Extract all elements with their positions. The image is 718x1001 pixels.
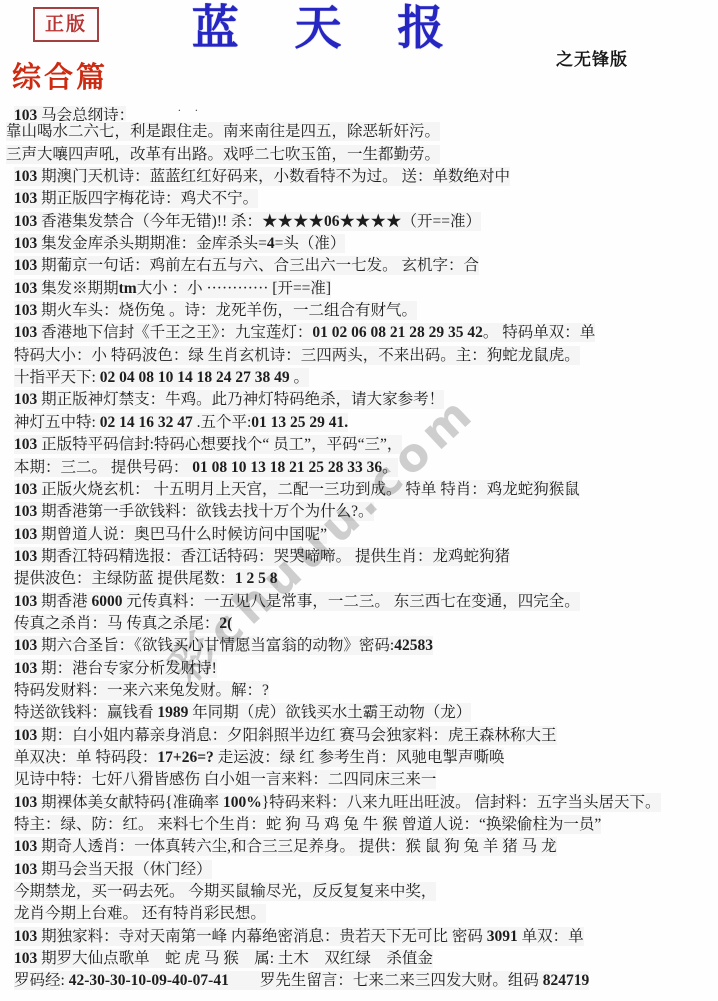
text-run: 今期禁龙，买一码去死。 今期买鼠输尽光，反反复复来中奖， xyxy=(14,882,436,901)
text-line: 特码大小：小 特码波色：绿 生肖玄机诗：三四两头，不来出码。主：狗蛇龙鼠虎。 xyxy=(14,345,718,367)
text-run: 2( xyxy=(219,614,232,633)
text-run: 42583 xyxy=(394,636,433,655)
text-line: 103 马会总纲诗： · · xyxy=(14,99,718,121)
text-run: 期马会当天报（休门经） xyxy=(41,860,212,879)
text-line: 103 期火车头：烧伤兔 。诗：龙死羊伤，一二组合有财气。 xyxy=(14,300,718,322)
text-run: 期正版神灯禁支：牛鸡。此乃神灯特码绝杀，请大家参考！ xyxy=(41,390,444,409)
text-run: 罗先生留言：七来二来三四发大财。组码 xyxy=(229,971,543,990)
text-run: 三声大嚷四声吼，改革有出路。戏呼二七吹玉笛，一生都勤劳。 xyxy=(6,145,440,164)
text-run: 单双决：单 特码段： xyxy=(14,748,157,767)
text-run: · · xyxy=(126,102,203,118)
text-run: 特主：绿、防：红。 来料七个生肖：蛇 狗 马 鸡 兔 牛 猴 曾道人说：“换梁偷… xyxy=(14,815,601,834)
text-run: 103 xyxy=(14,793,41,812)
text-run: 103 xyxy=(14,502,41,521)
text-line: 103 期奇人透肖：一体真转六尘,和合三三足养身。 提供：猴 鼠 狗 兔 羊 猪… xyxy=(14,836,718,858)
text-run: 02 14 16 32 47 xyxy=(100,413,193,432)
text-run: 。 xyxy=(382,458,398,477)
text-run: .五个平: xyxy=(193,413,252,432)
text-line: 神灯五中特: 02 14 16 32 47 .五个平:01 13 25 29 4… xyxy=(14,412,718,434)
newspaper-page: 正版 蓝 天 报 之无锋版 综合篇 彩chuuu.com 103 马会总纲诗： … xyxy=(0,0,718,1001)
text-line: 103 期罗大仙点歌单 蛇 虎 马 猴 属: 土木 双红绿 杀值金 xyxy=(14,948,718,970)
text-line: 龙肖今期上台难。 还有特肖彩民想。 xyxy=(14,903,718,925)
text-run: 103 xyxy=(14,106,41,121)
text-run: 提供波色：主绿防蓝 提供尾数： xyxy=(14,569,235,588)
text-run: 期香港 xyxy=(41,592,91,611)
text-run: 103 xyxy=(14,927,41,946)
text-line: 103 集发※期期tm大小 ：小 ············ [开==准] xyxy=(14,278,718,300)
text-run: 42-30-30-10-09-40-07-41 xyxy=(69,971,229,990)
text-run: 单双：单 xyxy=(522,927,584,946)
text-line: 103 期香港第一手欲钱料：欲钱去找十万个为什么?。 xyxy=(14,501,718,523)
text-run: 。 特码单双：单 xyxy=(483,323,595,342)
text-line: 103 期：白小姐内幕亲身消息：夕阳斜照半边红 赛马会独家料：虎王森林称大王 xyxy=(14,725,718,747)
text-run: 06 xyxy=(324,212,340,231)
text-line: 特主：绿、防：红。 来料七个生肖：蛇 狗 马 鸡 兔 牛 猴 曾道人说：“换梁偷… xyxy=(14,814,718,836)
text-run: 走运波：绿 红 参考生肖：风驰电掣声嘶唤 xyxy=(214,748,505,767)
text-run: 1989 xyxy=(157,703,192,722)
text-run: 见诗中特：七奸八猾皆感伤 白小姐一言来料：二四同床三来一 xyxy=(14,770,436,789)
text-line: 103 集发金库杀头期期准：金库杀头=4=头（准） xyxy=(14,233,718,255)
text-line: 提供波色：主绿防蓝 提供尾数：1 2 5 8 xyxy=(14,568,718,590)
text-run: 期正版四字梅花诗：鸡犬不宁。 xyxy=(41,189,258,208)
text-line: 103 香港集发禁合（今年无错)!! 杀：★★★★06★★★★（开==准） xyxy=(14,211,718,233)
text-run: 期罗大仙点歌单 蛇 虎 马 猴 属: 土木 双红绿 杀值金 xyxy=(41,949,433,968)
text-line: 103 期六合圣旨：《欲钱买心甘情愿当富翁的动物》密码:42583 xyxy=(14,635,718,657)
text-run: 特码大小：小 特码波色：绿 生肖玄机诗：三四两头，不来出码。主：狗蛇龙鼠虎。 xyxy=(14,346,580,365)
text-run: 本期：三二。 提供号码： xyxy=(14,458,192,477)
text-run: 103 xyxy=(14,592,41,611)
text-line: 103 期：港台专家分析发财诗! xyxy=(14,658,718,680)
text-line: 靠山喝水二六七，利是跟住走。南来南往是四五，除恶斩奸污。 xyxy=(6,121,718,143)
text-line: 103 期香江特码精选报：香江话特码：哭哭啼啼。 提供生肖：龙鸡蛇狗猪 xyxy=(14,546,718,568)
text-run: 103 xyxy=(14,323,41,342)
text-line: 今期禁龙，买一码去死。 今期买鼠输尽光，反反复复来中奖， xyxy=(14,881,718,903)
text-line: 十指平天下: 02 04 08 10 14 18 24 27 38 49 。 xyxy=(14,367,718,389)
text-run: 特码发财料：一来六来兔发财。解：? xyxy=(14,681,269,700)
text-run: 103 xyxy=(14,726,41,745)
text-run: 103 xyxy=(14,301,41,320)
text-line: 罗码经: 42-30-30-10-09-40-07-41 罗先生留言：七来二来三… xyxy=(14,970,718,992)
text-run: 神灯五中特: xyxy=(14,413,100,432)
text-run: 3091 xyxy=(487,927,522,946)
text-run: 01 02 06 08 21 28 29 35 42 xyxy=(312,323,483,342)
text-run: tm xyxy=(119,279,137,298)
text-run: 824719 xyxy=(543,971,590,990)
text-run: 大小 ：小 ············ [开==准] xyxy=(137,279,331,298)
text-run: 6000 xyxy=(92,592,127,611)
text-line: 传真之杀肖：马 传真之杀尾：2( xyxy=(14,613,718,635)
text-run: 年同期（虎）欲钱买水土霸王动物（龙） xyxy=(192,703,471,722)
text-run: 103 xyxy=(14,480,41,499)
text-run: 01 13 25 29 41. xyxy=(251,413,348,432)
text-line: 本期：三二。 提供号码： 01 08 10 13 18 21 25 28 33 … xyxy=(14,457,718,479)
text-run: =头（准） xyxy=(275,234,346,253)
text-run: 十指平天下: xyxy=(14,368,100,387)
text-run: 103 xyxy=(14,837,41,856)
text-line: 特送欲钱料：赢钱看 1989 年同期（虎）欲钱买水土霸王动物（龙） xyxy=(14,702,718,724)
text-line: 单双决：单 特码段：17+26=? 走运波：绿 红 参考生肖：风驰电掣声嘶唤 xyxy=(14,747,718,769)
text-run: 103 xyxy=(14,860,41,879)
text-run: 期香港第一手欲钱料：欲钱去找十万个为什么?。 xyxy=(41,502,373,521)
text-line: 103 期葡京一句话：鸡前左右五与六、合三出六一七发。 玄机字：合 xyxy=(14,255,718,277)
text-run: 集发※期期 xyxy=(41,279,119,298)
text-run: 103 xyxy=(14,547,41,566)
text-line: 103 期正版神灯禁支：牛鸡。此乃神灯特码绝杀，请大家参考！ xyxy=(14,389,718,411)
text-run: 103 xyxy=(14,949,41,968)
text-line: 103 期正版四字梅花诗：鸡犬不宁。 xyxy=(14,188,718,210)
text-run: 17+26=? xyxy=(157,748,213,767)
text-run: 01 08 10 13 18 21 25 28 33 36 xyxy=(192,458,382,477)
text-line: 103 正版火烧玄机： 十五明月上天宫，二配一三功到成。 特单 特肖：鸡龙蛇狗猴… xyxy=(14,479,718,501)
text-run: 103 xyxy=(14,435,41,454)
text-run: 罗码经: xyxy=(14,971,69,990)
text-run: 期澳门天机诗：蓝蓝红红好码来，小数看特不为过。 送：单数绝对中 xyxy=(41,167,510,186)
text-run: 103 xyxy=(14,167,41,186)
text-line: 三声大嚷四声吼，改革有出路。戏呼二七吹玉笛，一生都勤劳。 xyxy=(6,144,718,166)
text-run: 103 xyxy=(14,636,41,655)
text-line: 103 正版特平码信封:特码心想要找个“ 员工”，平码“三”， xyxy=(14,434,718,456)
text-run: 正版火烧玄机： 十五明月上天宫，二配一三功到成。 特单 特肖：鸡龙蛇狗猴鼠 xyxy=(41,480,580,499)
text-run: 103 xyxy=(14,659,41,678)
text-run: 香港地下信封《千王之王》：九宝莲灯： xyxy=(41,323,312,342)
text-run: 期葡京一句话：鸡前左右五与六、合三出六一七发。 玄机字：合 xyxy=(41,256,479,275)
text-line: 103 期曾道人说：奥巴马什么时候访问中国呢” xyxy=(14,524,718,546)
text-line: 103 期马会当天报（休门经） xyxy=(14,859,718,881)
text-run: 103 xyxy=(14,189,41,208)
text-run: 传真之杀肖：马 传真之杀尾： xyxy=(14,614,219,633)
text-run: 香港集发禁合（今年无错)!! 杀：★★★★ xyxy=(41,212,324,231)
text-line: 103 期香港 6000 元传真料：一五见八是常事，一二三。 东三西七在变通，四… xyxy=(14,591,718,613)
text-line: 103 期裸体美女献特码{准确率 100%}特码来料：八来九旺出旺波。 信封料：… xyxy=(14,792,718,814)
text-run: 马会总纲诗： xyxy=(41,106,126,121)
text-run: 103 xyxy=(14,525,41,544)
text-run: 期裸体美女献特码{准确率 xyxy=(41,793,223,812)
text-run: }特码来料：八来九旺出旺波。 信封料：五字当头居天下。 xyxy=(262,793,661,812)
text-run: 期独家料：寺对天南第一峰 内幕绝密消息：贵若天下无可比 密码 xyxy=(41,927,487,946)
text-run: 元传真料：一五见八是常事，一二三。 东三西七在变通，四完全。 xyxy=(126,592,579,611)
text-run: 期奇人透肖：一体真转六尘,和合三三足养身。 提供：猴 鼠 狗 兔 羊 猪 马 龙 xyxy=(41,837,556,856)
text-run: 集发金库杀头期期准：金库杀头= xyxy=(41,234,267,253)
text-run: 期火车头：烧伤兔 。诗：龙死羊伤，一二组合有财气。 xyxy=(41,301,417,320)
text-line: 特码发财料：一来六来兔发财。解：? xyxy=(14,680,718,702)
text-run: 期：白小姐内幕亲身消息：夕阳斜照半边红 赛马会独家料：虎王森林称大王 xyxy=(41,726,556,745)
text-run: 正版特平码信封:特码心想要找个“ 员工”，平码“三”， xyxy=(41,435,402,454)
edition-label: 之无锋版 xyxy=(556,45,628,70)
text-run: 103 xyxy=(14,256,41,275)
text-run: 期香江特码精选报：香江话特码：哭哭啼啼。 提供生肖：龙鸡蛇狗猪 xyxy=(41,547,510,566)
text-run: 期六合圣旨：《欲钱买心甘情愿当富翁的动物》密码: xyxy=(41,636,394,655)
text-line: 103 期澳门天机诗：蓝蓝红红好码来，小数看特不为过。 送：单数绝对中 xyxy=(14,166,718,188)
text-run: 1 2 5 8 xyxy=(235,569,278,588)
text-line: 103 期独家料：寺对天南第一峰 内幕绝密消息：贵若天下无可比 密码 3091 … xyxy=(14,926,718,948)
text-run: ★★★★（开==准） xyxy=(340,212,481,231)
text-run: 期：港台专家分析发财诗! xyxy=(41,659,217,678)
text-run: 4 xyxy=(267,234,275,253)
text-run: 龙肖今期上台难。 还有特肖彩民想。 xyxy=(14,904,266,923)
text-run: 02 04 08 10 14 18 24 27 38 49 xyxy=(100,368,290,387)
text-run: 103 xyxy=(14,234,41,253)
text-run: 靠山喝水二六七，利是跟住走。南来南往是四五，除恶斩奸污。 xyxy=(6,122,440,141)
document-body: 103 马会总纲诗： · ·靠山喝水二六七，利是跟住走。南来南往是四五，除恶斩奸… xyxy=(14,99,718,993)
text-run: 。 xyxy=(290,368,309,387)
section-title: 综合篇 xyxy=(12,55,108,96)
text-line: 见诗中特：七奸八猾皆感伤 白小姐一言来料：二四同床三来一 xyxy=(14,769,718,791)
text-run: 103 xyxy=(14,390,41,409)
text-line: 103 香港地下信封《千王之王》：九宝莲灯：01 02 06 08 21 28 … xyxy=(14,322,718,344)
text-run: 100% xyxy=(223,793,262,812)
text-run: 103 xyxy=(14,279,41,298)
text-run: 103 xyxy=(14,212,41,231)
text-run: 期曾道人说：奥巴马什么时候访问中国呢” xyxy=(41,525,327,544)
text-run: 特送欲钱料：赢钱看 xyxy=(14,703,157,722)
